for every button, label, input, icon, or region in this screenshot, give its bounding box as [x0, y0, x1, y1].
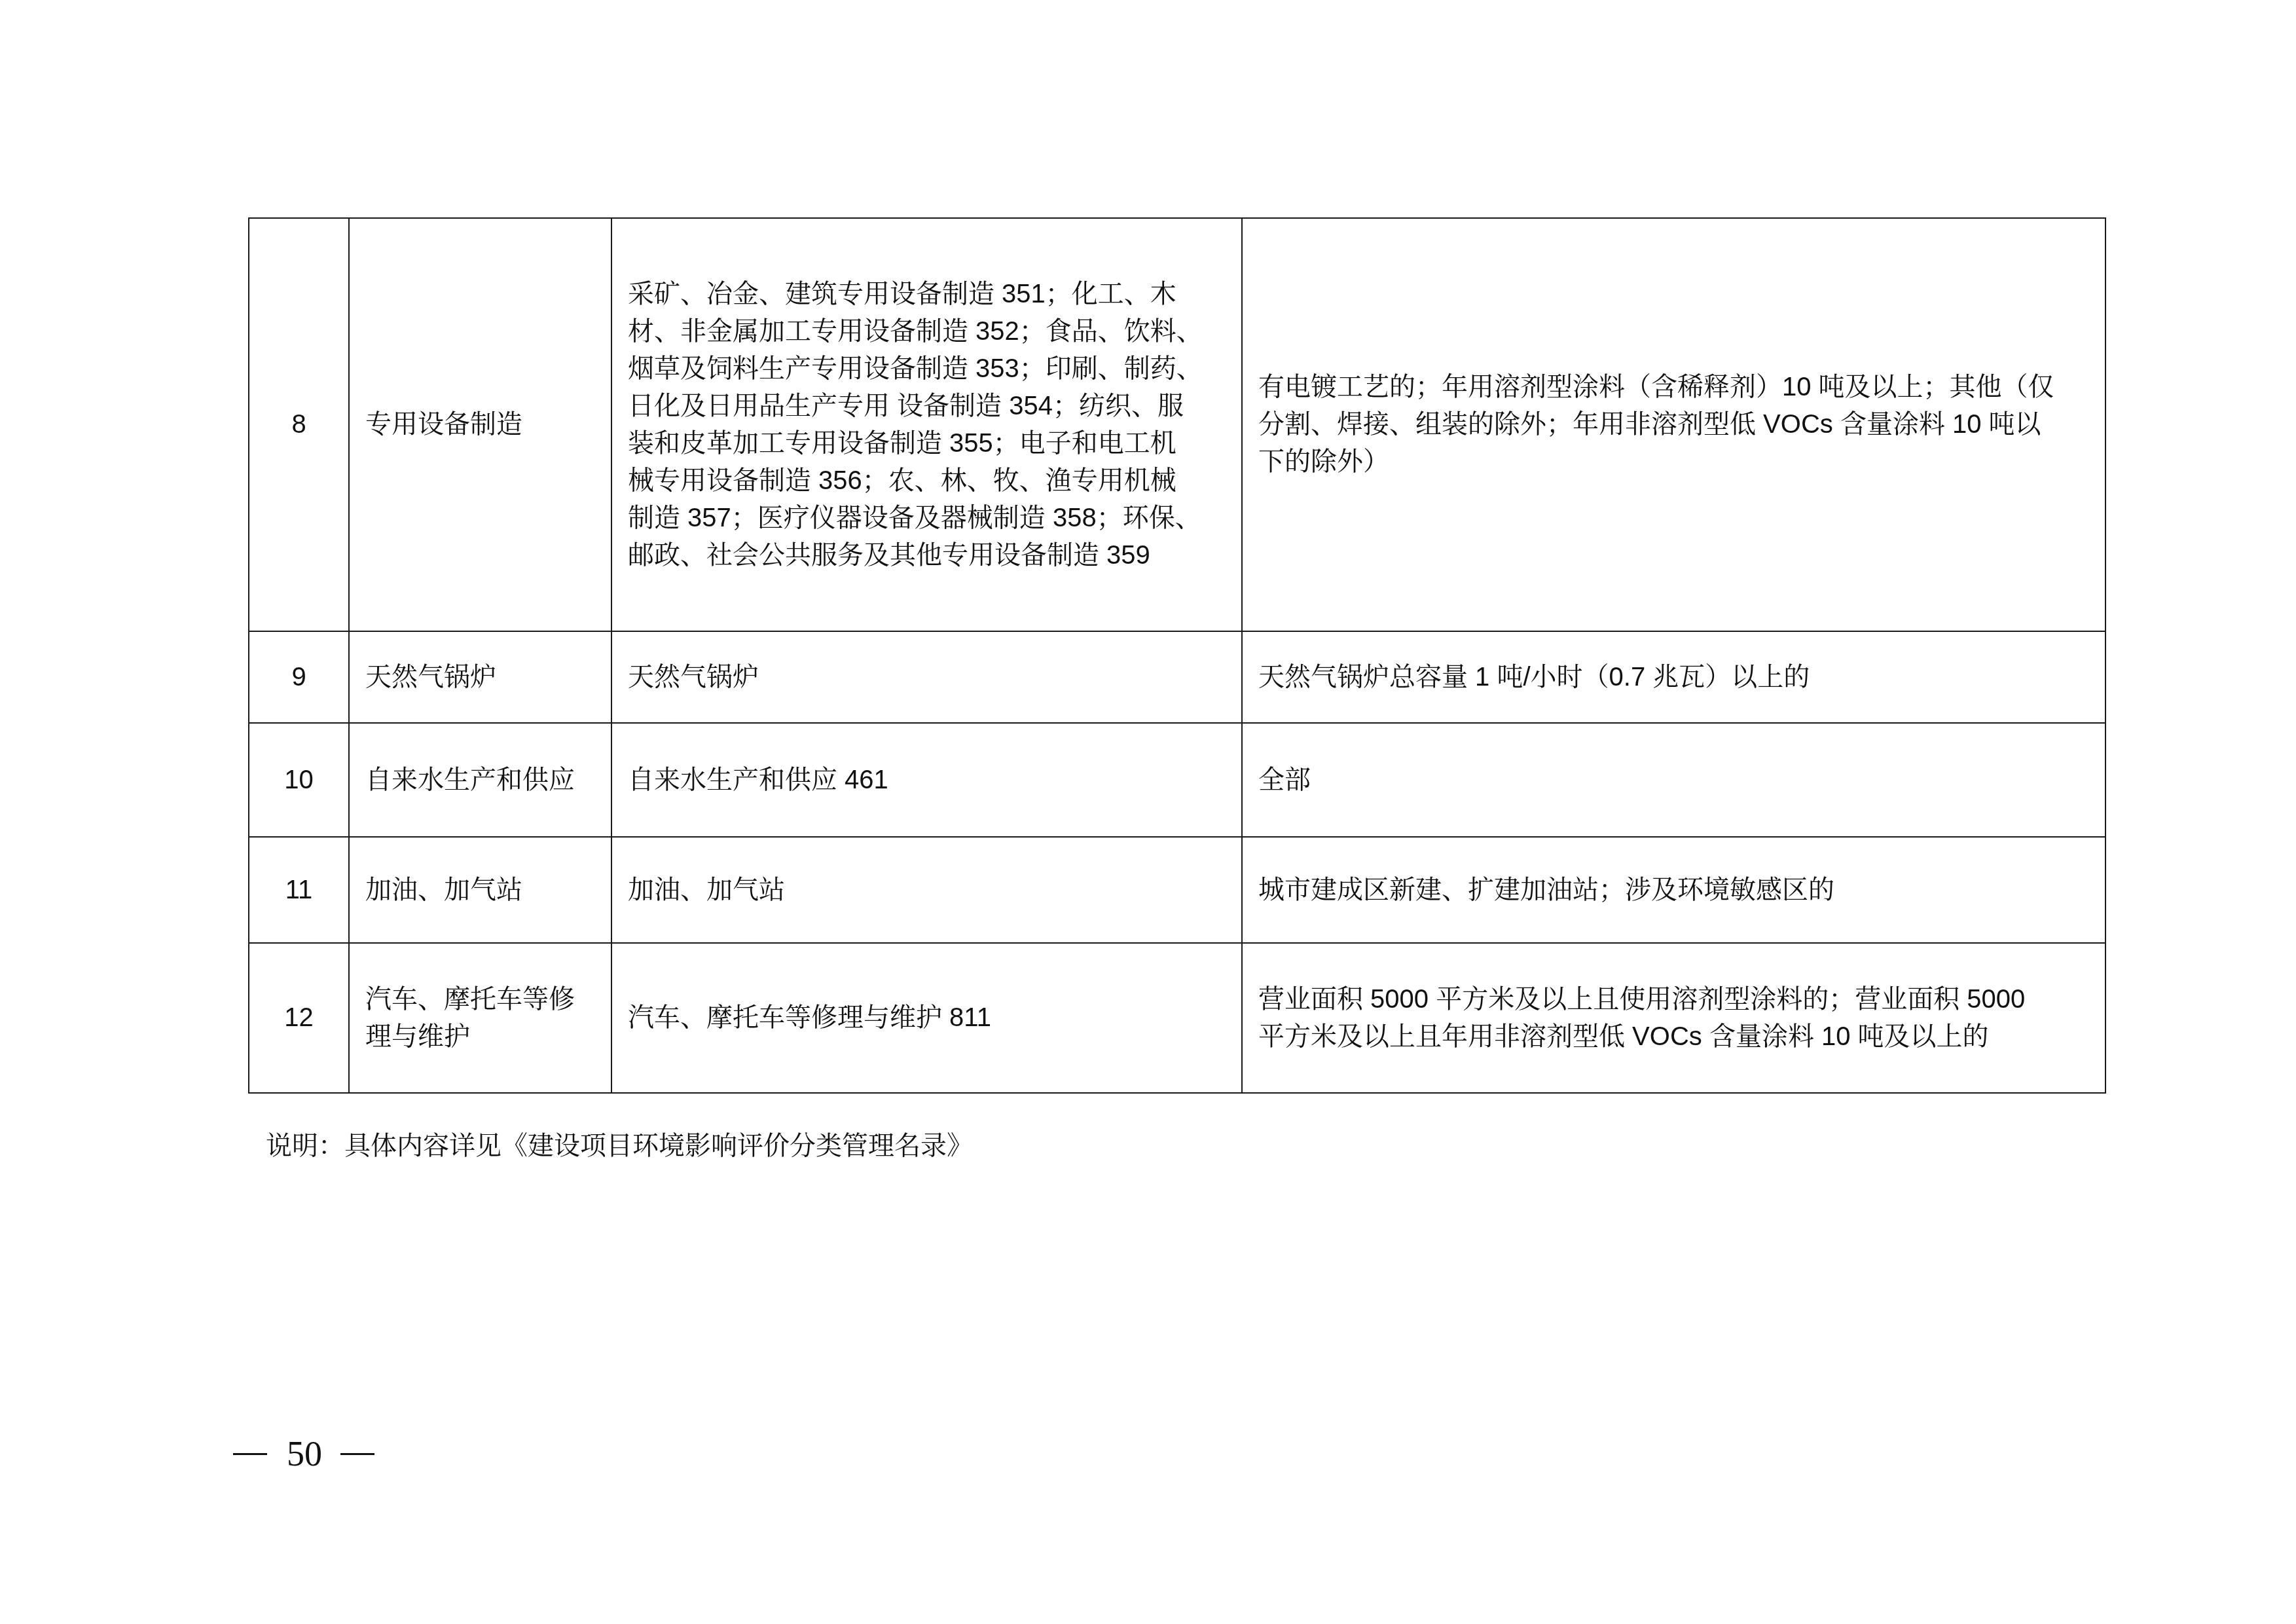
condition-cell: 全部 [1242, 723, 2105, 837]
condition-line: 营业面积 5000 平方米及以上且使用溶剂型涂料的；营业面积 5000 [1258, 981, 2097, 1018]
scope-line: 天然气锅炉 [628, 659, 1233, 696]
category-cell: 加油、加气站 [349, 837, 611, 943]
scope-cell: 自来水生产和供应 461 [611, 723, 1242, 837]
row-number: 11 [249, 837, 349, 943]
scope-cell: 采矿、冶金、建筑专用设备制造 351；化工、木 材、非金属加工专用设备制造 35… [611, 218, 1242, 631]
category-cell: 专用设备制造 [349, 218, 611, 631]
category-line: 加油、加气站 [365, 872, 603, 909]
scope-line: 加油、加气站 [628, 872, 1233, 909]
scope-line: 汽车、摩托车等修理与维护 811 [628, 999, 1233, 1037]
condition-line: 有电镀工艺的；年用溶剂型涂料（含稀释剂）10 吨及以上；其他（仅 [1258, 369, 2097, 406]
condition-line: 分割、焊接、组装的除外；年用非溶剂型低 VOCs 含量涂料 10 吨以 [1258, 406, 2097, 443]
row-number-text: 12 [284, 1003, 314, 1032]
scope-cell: 汽车、摩托车等修理与维护 811 [611, 943, 1242, 1093]
row-number-text: 11 [285, 876, 313, 904]
scope-line: 采矿、冶金、建筑专用设备制造 351；化工、木 [628, 276, 1233, 313]
category-cell: 天然气锅炉 [349, 631, 611, 723]
scope-line: 日化及日用品生产专用 设备制造 354；纺织、服 [628, 388, 1233, 425]
scope-line: 烟草及饲料生产专用设备制造 353；印刷、制药、 [628, 350, 1233, 388]
scope-line: 自来水生产和供应 461 [628, 762, 1233, 799]
condition-cell: 天然气锅炉总容量 1 吨/小时（0.7 兆瓦）以上的 [1242, 631, 2105, 723]
category-cell: 汽车、摩托车等修 理与维护 [349, 943, 611, 1093]
row-number: 10 [249, 723, 349, 837]
condition-line: 平方米及以上且年用非溶剂型低 VOCs 含量涂料 10 吨及以上的 [1258, 1018, 2097, 1056]
page-number: 50 [287, 1434, 322, 1473]
row-number: 12 [249, 943, 349, 1093]
scope-line: 材、非金属加工专用设备制造 352；食品、饮料、 [628, 313, 1233, 350]
category-line: 天然气锅炉 [365, 659, 603, 696]
row-number: 9 [249, 631, 349, 723]
scope-line: 邮政、社会公共服务及其他专用设备制造 359 [628, 537, 1233, 574]
table-row: 11 加油、加气站 加油、加气站 城市建成区新建、扩建加油站；涉及环境敏感区的 [249, 837, 2105, 943]
condition-cell: 城市建成区新建、扩建加油站；涉及环境敏感区的 [1242, 837, 2105, 943]
scope-line: 械专用设备制造 356；农、林、牧、渔专用机械 [628, 462, 1233, 500]
scope-line: 装和皮革加工专用设备制造 355；电子和电工机 [628, 425, 1233, 462]
row-number-text: 9 [291, 663, 306, 692]
table-row: 9 天然气锅炉 天然气锅炉 天然气锅炉总容量 1 吨/小时（0.7 兆瓦）以上的 [249, 631, 2105, 723]
table-row: 8 专用设备制造 采矿、冶金、建筑专用设备制造 351；化工、木 材、非金属加工… [249, 218, 2105, 631]
footer-dash-right [340, 1453, 374, 1455]
scope-cell: 天然气锅炉 [611, 631, 1242, 723]
category-line: 理与维护 [365, 1018, 603, 1056]
condition-line: 下的除外） [1258, 443, 2097, 481]
category-line: 自来水生产和供应 [365, 762, 603, 799]
scope-line: 制造 357；医疗仪器设备及器械制造 358；环保、 [628, 500, 1233, 537]
condition-line: 城市建成区新建、扩建加油站；涉及环境敏感区的 [1258, 872, 2097, 909]
row-number: 8 [249, 218, 349, 631]
condition-line: 天然气锅炉总容量 1 吨/小时（0.7 兆瓦）以上的 [1258, 659, 2097, 696]
table-note: 说明：具体内容详见《建设项目环境影响评价分类管理名录》 [266, 1128, 973, 1164]
category-cell: 自来水生产和供应 [349, 723, 611, 837]
condition-cell: 营业面积 5000 平方米及以上且使用溶剂型涂料的；营业面积 5000 平方米及… [1242, 943, 2105, 1093]
category-line: 专用设备制造 [365, 406, 603, 443]
scope-cell: 加油、加气站 [611, 837, 1242, 943]
condition-line: 全部 [1258, 762, 2097, 799]
table-row: 10 自来水生产和供应 自来水生产和供应 461 全部 [249, 723, 2105, 837]
row-number-text: 8 [291, 410, 306, 439]
category-line: 汽车、摩托车等修 [365, 981, 603, 1018]
condition-cell: 有电镀工艺的；年用溶剂型涂料（含稀释剂）10 吨及以上；其他（仅 分割、焊接、组… [1242, 218, 2105, 631]
table-row: 12 汽车、摩托车等修 理与维护 汽车、摩托车等修理与维护 811 营业面积 5… [249, 943, 2105, 1093]
footer-dash-left [233, 1453, 267, 1455]
page-footer: 50 [233, 1434, 374, 1473]
row-number-text: 10 [284, 766, 314, 794]
classification-table: 8 专用设备制造 采矿、冶金、建筑专用设备制造 351；化工、木 材、非金属加工… [248, 217, 2106, 1094]
